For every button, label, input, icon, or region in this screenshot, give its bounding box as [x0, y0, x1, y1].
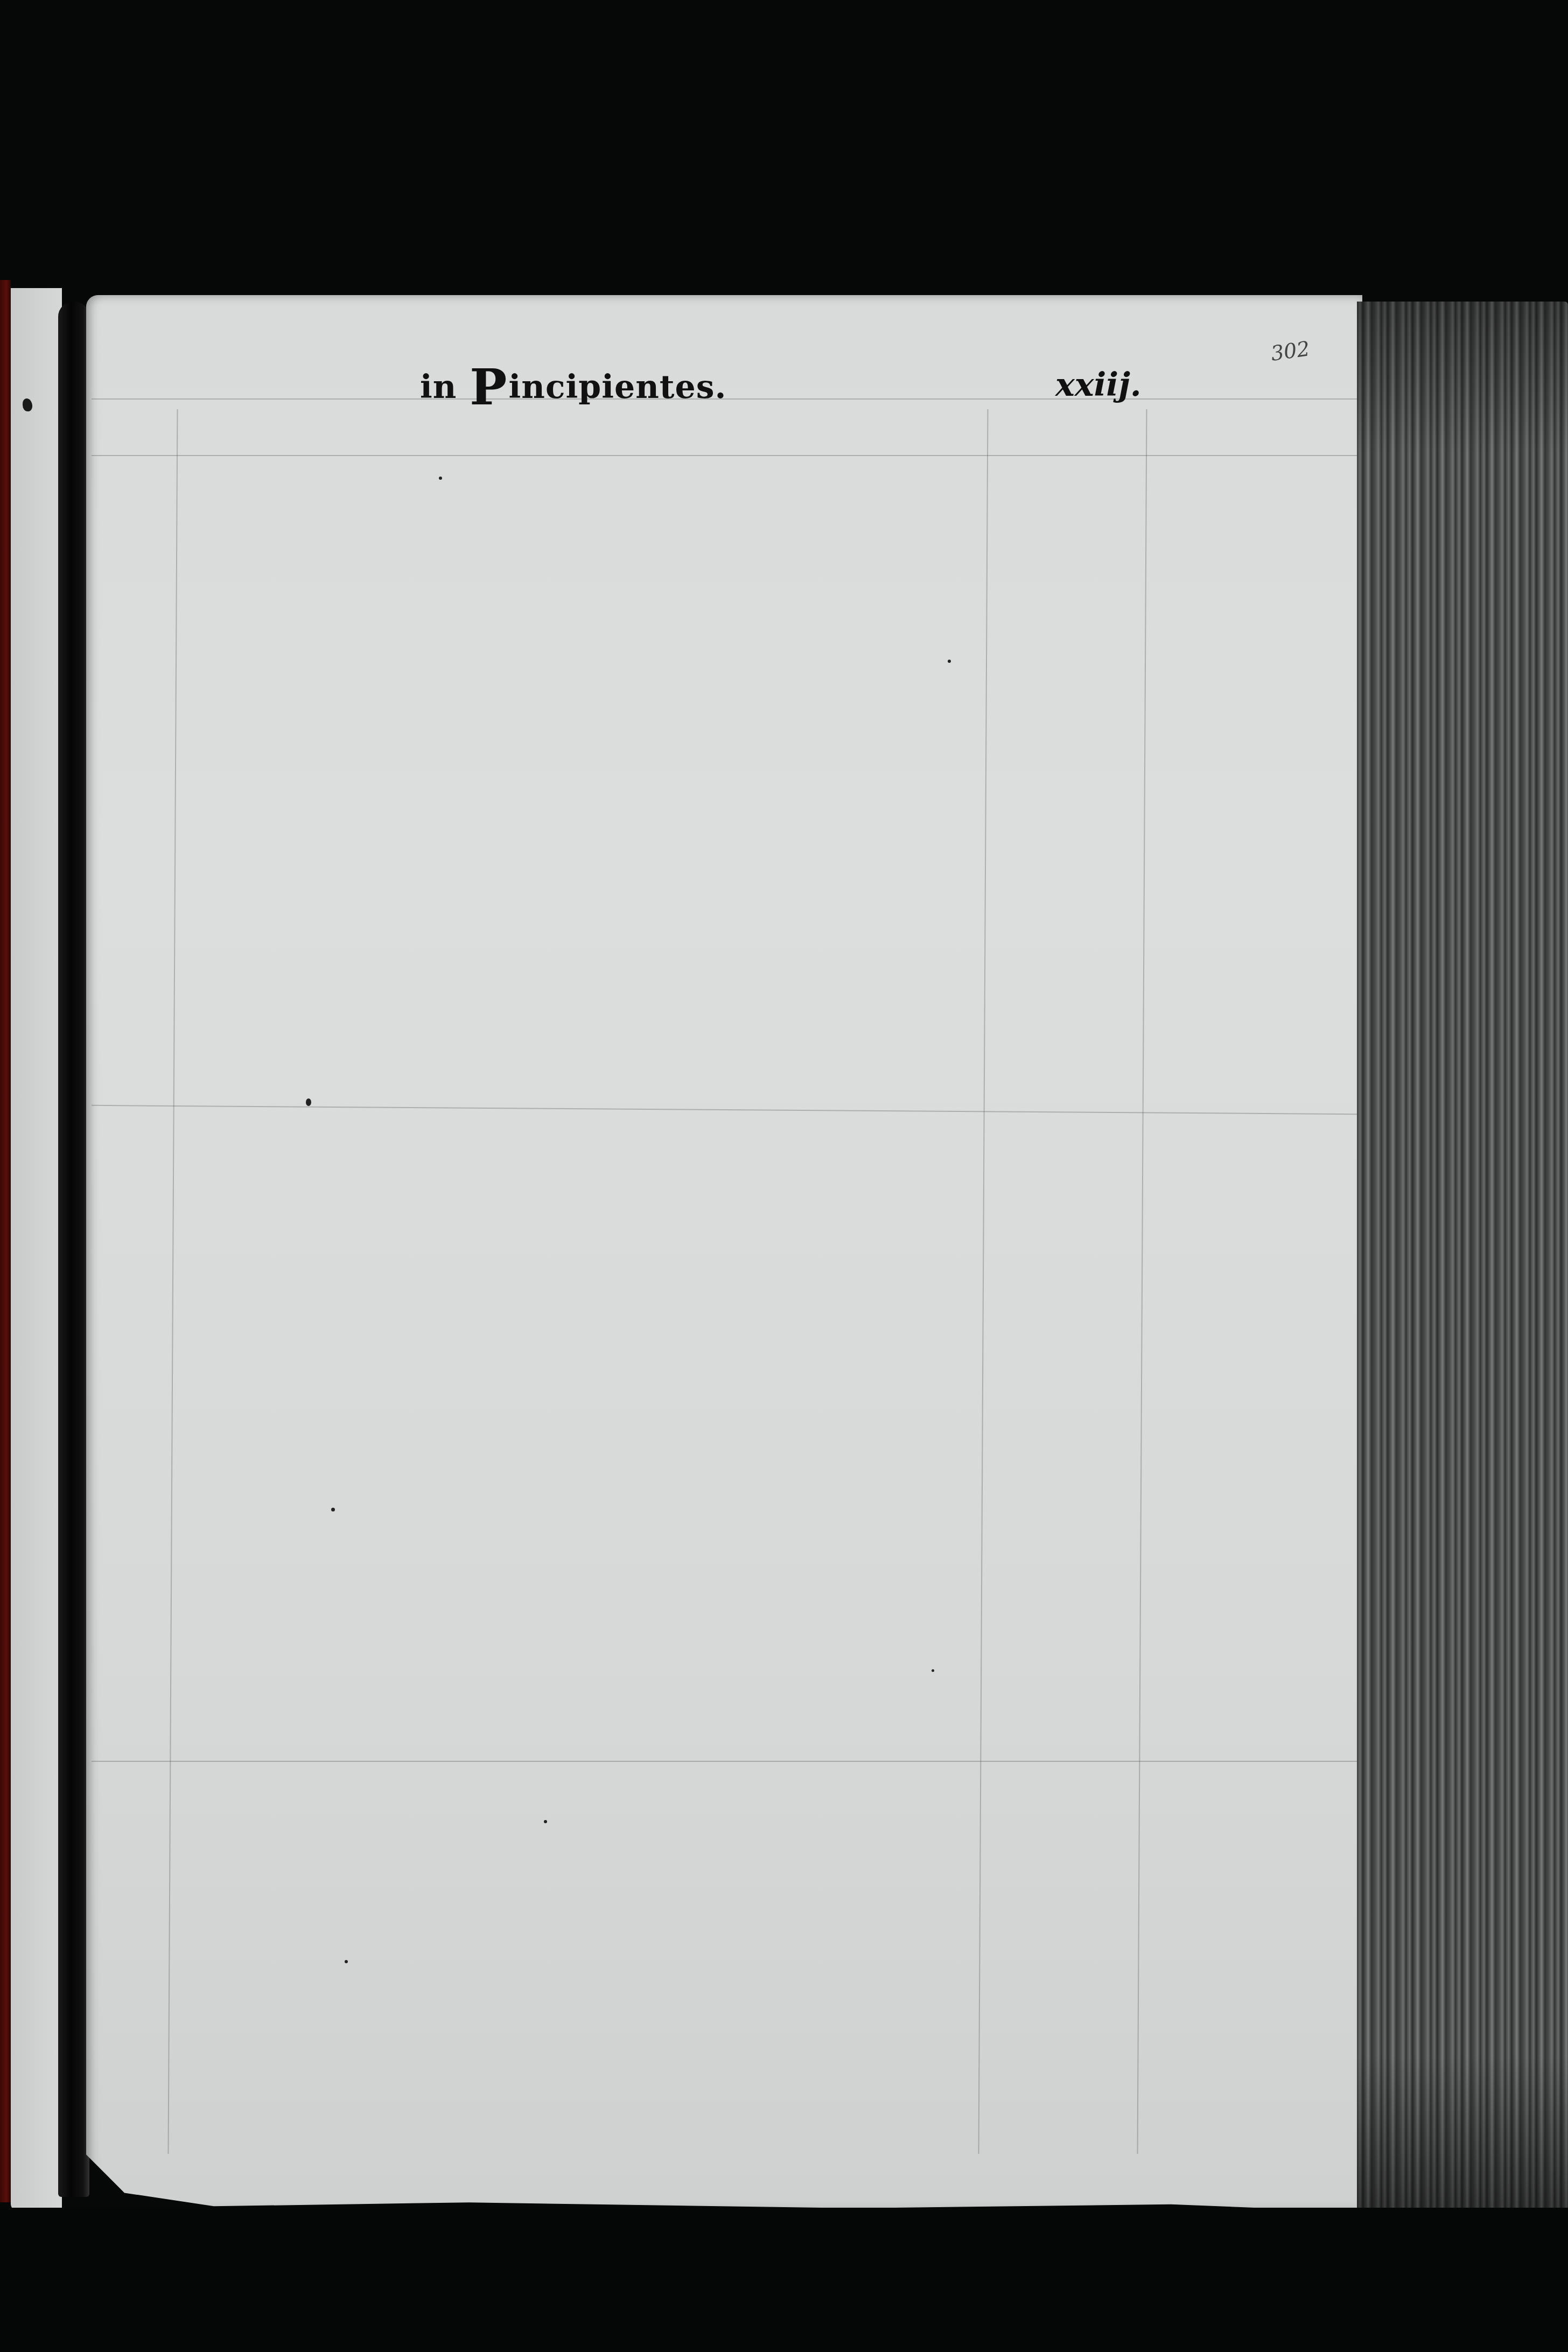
background-dark	[0, 2208, 1568, 2352]
paper-speck	[544, 1820, 547, 1823]
page-leaf	[86, 295, 1362, 2212]
running-head-initial: P	[470, 358, 507, 416]
running-head-rest: incipientes.	[509, 368, 727, 406]
paper-speck	[345, 1960, 348, 1963]
running-head: in Pincipientes.	[420, 358, 726, 416]
paper-speck	[948, 660, 951, 663]
book-gutter	[58, 302, 89, 2197]
paper-speck	[331, 1508, 335, 1511]
ruled-line-lower	[92, 1761, 1357, 1762]
binding-red-edge	[0, 280, 11, 2202]
book-scan: in Pincipientes. xxiij. 302	[0, 0, 1568, 2352]
paper-speck	[439, 477, 442, 480]
folio-number: xxiij.	[1055, 366, 1142, 404]
paper-speck	[932, 1669, 934, 1672]
book-fore-edge	[1357, 302, 1568, 2208]
ruled-line-header	[92, 455, 1357, 456]
running-head-prefix: in	[420, 368, 457, 406]
facing-page-edge	[11, 288, 62, 2210]
paper-speck	[306, 1098, 311, 1106]
